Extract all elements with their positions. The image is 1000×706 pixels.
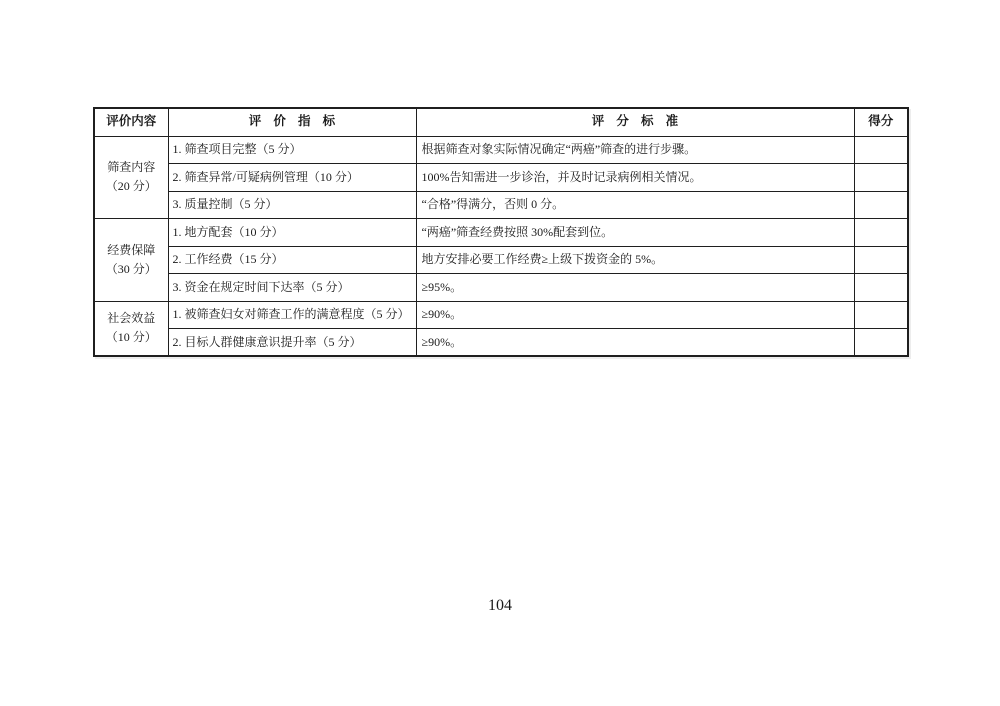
category-name: 经费保障 bbox=[95, 241, 168, 260]
category-points: （30 分） bbox=[95, 260, 168, 279]
indicator-cell: 1. 筛查项目完整（5 分） bbox=[168, 136, 416, 164]
table-row: 3. 资金在规定时间下达率（5 分） ≥95%。 bbox=[94, 274, 908, 302]
category-cell-social-benefit: 社会效益 （10 分） bbox=[94, 301, 168, 356]
category-name: 筛查内容 bbox=[95, 158, 168, 177]
standard-cell: ≥90%。 bbox=[416, 301, 854, 329]
indicator-cell: 1. 被筛查妇女对筛查工作的满意程度（5 分） bbox=[168, 301, 416, 329]
indicator-cell: 2. 工作经费（15 分） bbox=[168, 246, 416, 274]
standard-cell: ≥90%。 bbox=[416, 329, 854, 357]
document-page: 评价内容 评 价 指 标 评 分 标 准 得分 筛查内容 （20 分） 1. 筛… bbox=[0, 0, 1000, 706]
table-row: 3. 质量控制（5 分） “合格”得满分，否则 0 分。 bbox=[94, 191, 908, 219]
score-cell bbox=[854, 136, 908, 164]
standard-cell: 地方安排必要工作经费≥上级下拨资金的 5%。 bbox=[416, 246, 854, 274]
category-name: 社会效益 bbox=[95, 309, 168, 328]
page-number: 104 bbox=[0, 597, 1000, 615]
score-cell bbox=[854, 219, 908, 247]
category-cell-screening-content: 筛查内容 （20 分） bbox=[94, 136, 168, 219]
table-row: 筛查内容 （20 分） 1. 筛查项目完整（5 分） 根据筛查对象实际情况确定“… bbox=[94, 136, 908, 164]
table-header-row: 评价内容 评 价 指 标 评 分 标 准 得分 bbox=[94, 108, 908, 136]
header-score: 得分 bbox=[854, 108, 908, 136]
table-row: 2. 工作经费（15 分） 地方安排必要工作经费≥上级下拨资金的 5%。 bbox=[94, 246, 908, 274]
evaluation-table: 评价内容 评 价 指 标 评 分 标 准 得分 筛查内容 （20 分） 1. 筛… bbox=[93, 107, 909, 357]
table-row: 2. 筛查异常/可疑病例管理（10 分） 100%告知需进一步诊治，并及时记录病… bbox=[94, 164, 908, 192]
score-cell bbox=[854, 164, 908, 192]
indicator-cell: 3. 质量控制（5 分） bbox=[168, 191, 416, 219]
table-row: 社会效益 （10 分） 1. 被筛查妇女对筛查工作的满意程度（5 分） ≥90%… bbox=[94, 301, 908, 329]
indicator-cell: 2. 筛查异常/可疑病例管理（10 分） bbox=[168, 164, 416, 192]
standard-cell: “合格”得满分，否则 0 分。 bbox=[416, 191, 854, 219]
indicator-cell: 2. 目标人群健康意识提升率（5 分） bbox=[168, 329, 416, 357]
indicator-cell: 1. 地方配套（10 分） bbox=[168, 219, 416, 247]
indicator-cell: 3. 资金在规定时间下达率（5 分） bbox=[168, 274, 416, 302]
score-cell bbox=[854, 274, 908, 302]
category-points: （10 分） bbox=[95, 328, 168, 347]
standard-cell: 根据筛查对象实际情况确定“两癌”筛查的进行步骤。 bbox=[416, 136, 854, 164]
score-cell bbox=[854, 191, 908, 219]
standard-cell: “两癌”筛查经费按照 30%配套到位。 bbox=[416, 219, 854, 247]
standard-cell: 100%告知需进一步诊治，并及时记录病例相关情况。 bbox=[416, 164, 854, 192]
score-cell bbox=[854, 246, 908, 274]
table-row: 经费保障 （30 分） 1. 地方配套（10 分） “两癌”筛查经费按照 30%… bbox=[94, 219, 908, 247]
score-cell bbox=[854, 329, 908, 357]
header-evaluation-content: 评价内容 bbox=[94, 108, 168, 136]
header-scoring-standard: 评 分 标 准 bbox=[416, 108, 854, 136]
standard-cell: ≥95%。 bbox=[416, 274, 854, 302]
table-row: 2. 目标人群健康意识提升率（5 分） ≥90%。 bbox=[94, 329, 908, 357]
header-evaluation-indicator: 评 价 指 标 bbox=[168, 108, 416, 136]
score-cell bbox=[854, 301, 908, 329]
category-cell-funding-guarantee: 经费保障 （30 分） bbox=[94, 219, 168, 302]
category-points: （20 分） bbox=[95, 177, 168, 196]
